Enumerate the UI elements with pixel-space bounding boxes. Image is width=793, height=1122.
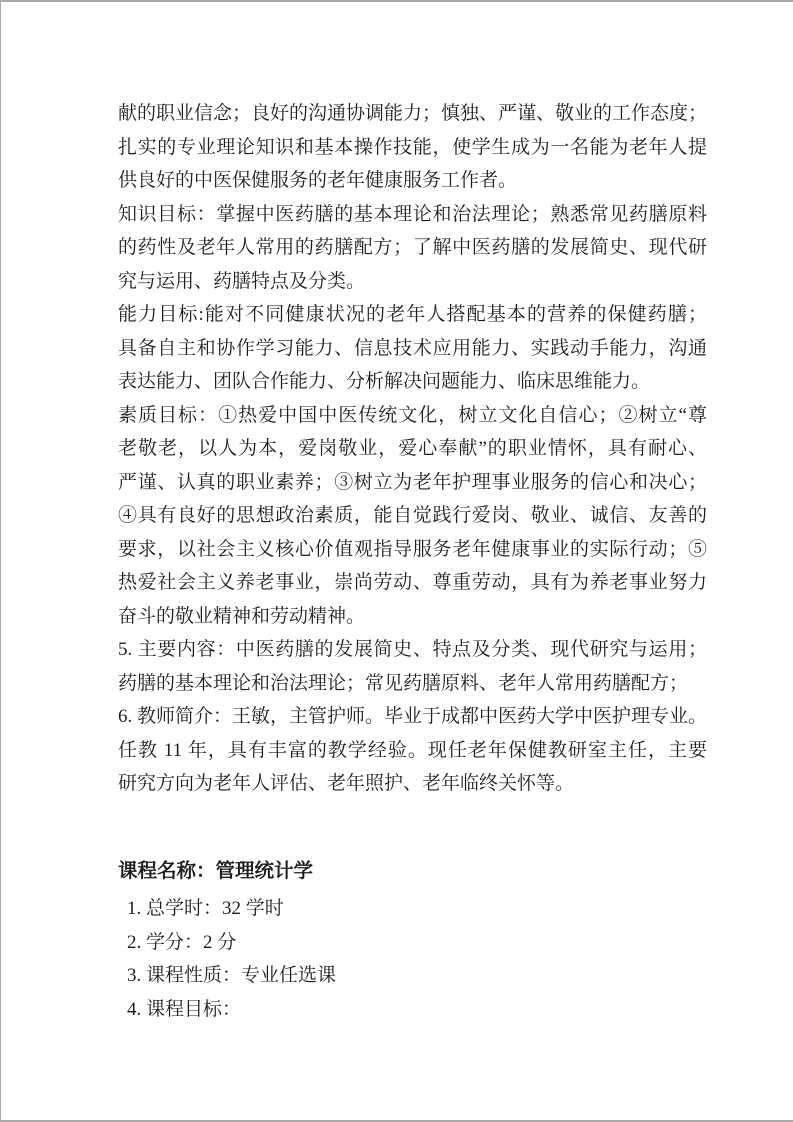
text-line: 药膳的基本理论和治法理论；常见药膳原料、老年人常用药膳配方； bbox=[118, 667, 707, 701]
course-item-total-hours: 1. 总学时：32 学时 bbox=[127, 892, 707, 926]
text-line: 热爱社会主义养老事业，崇尚劳动、尊重劳动，具有为养老事业努力 bbox=[118, 566, 707, 600]
text-line: 5. 主要内容：中医药膳的发展简史、特点及分类、现代研究与运用； bbox=[118, 633, 707, 667]
text-line: 知识目标：掌握中医药膳的基本理论和治法理论；熟悉常见药膳原料 bbox=[118, 198, 707, 232]
text-line: 献的职业信念；良好的沟通协调能力；慎独、严谨、敬业的工作态度； bbox=[118, 97, 707, 131]
text-line: 研究方向为老年人评估、老年照护、老年临终关怀等。 bbox=[118, 767, 707, 801]
paragraph: 献的职业信念；良好的沟通协调能力；慎独、严谨、敬业的工作态度； 扎实的专业理论知… bbox=[118, 97, 707, 198]
document-page: 献的职业信念；良好的沟通协调能力；慎独、严谨、敬业的工作态度； 扎实的专业理论知… bbox=[0, 0, 793, 1122]
text-line: 严谨、认真的职业素养；③树立为老年护理事业服务的信心和决心； bbox=[118, 466, 707, 500]
text-line: 能力目标:能对不同健康状况的老年人搭配基本的营养的保健药膳； bbox=[118, 298, 707, 332]
course-detail-list: 1. 总学时：32 学时 2. 学分：2 分 3. 课程性质：专业任选课 4. … bbox=[118, 892, 707, 1026]
text-line: 表达能力、团队合作能力、分析解决问题能力、临床思维能力。 bbox=[118, 365, 707, 399]
text-line: 的药性及老年人常用的药膳配方；了解中医药膳的发展简史、现代研 bbox=[118, 231, 707, 265]
paragraph: 能力目标:能对不同健康状况的老年人搭配基本的营养的保健药膳； 具备自主和协作学习… bbox=[118, 298, 707, 399]
course-item-type: 3. 课程性质：专业任选课 bbox=[127, 959, 707, 993]
paragraph: 6. 教师简介：王敏，主管护师。毕业于成都中医药大学中医护理专业。 任教 11 … bbox=[118, 700, 707, 801]
document-content: 献的职业信念；良好的沟通协调能力；慎独、严谨、敬业的工作态度； 扎实的专业理论知… bbox=[118, 97, 707, 1026]
text-line: 供良好的中医保健服务的老年健康服务工作者。 bbox=[118, 164, 707, 198]
text-line: 素质目标：①热爱中国中医传统文化，树立文化自信心；②树立“尊 bbox=[118, 399, 707, 433]
course-title-heading: 课程名称：管理统计学 bbox=[118, 855, 707, 889]
course-item-objectives: 4. 课程目标： bbox=[127, 993, 707, 1027]
text-line: 究与运用、药膳特点及分类。 bbox=[118, 265, 707, 299]
text-line: 要求，以社会主义核心价值观指导服务老年健康事业的实际行动；⑤ bbox=[118, 533, 707, 567]
paragraph: 5. 主要内容：中医药膳的发展简史、特点及分类、现代研究与运用； 药膳的基本理论… bbox=[118, 633, 707, 700]
text-line: 奋斗的敬业精神和劳动精神。 bbox=[118, 600, 707, 634]
text-line: 老敬老，以人为本，爱岗敬业，爱心奉献”的职业情怀，具有耐心、 bbox=[118, 432, 707, 466]
paragraph: 素质目标：①热爱中国中医传统文化，树立文化自信心；②树立“尊 老敬老，以人为本，… bbox=[118, 399, 707, 634]
text-line: 任教 11 年，具有丰富的教学经验。现任老年保健教研室主任，主要 bbox=[118, 734, 707, 768]
course-item-credits: 2. 学分：2 分 bbox=[127, 926, 707, 960]
text-line: ④具有良好的思想政治素质，能自觉践行爱岗、敬业、诚信、友善的 bbox=[118, 499, 707, 533]
text-line: 具备自主和协作学习能力、信息技术应用能力、实践动手能力，沟通 bbox=[118, 332, 707, 366]
paragraph: 知识目标：掌握中医药膳的基本理论和治法理论；熟悉常见药膳原料 的药性及老年人常用… bbox=[118, 198, 707, 299]
text-line: 6. 教师简介：王敏，主管护师。毕业于成都中医药大学中医护理专业。 bbox=[118, 700, 707, 734]
text-line: 扎实的专业理论知识和基本操作技能，使学生成为一名能为老年人提 bbox=[118, 131, 707, 165]
